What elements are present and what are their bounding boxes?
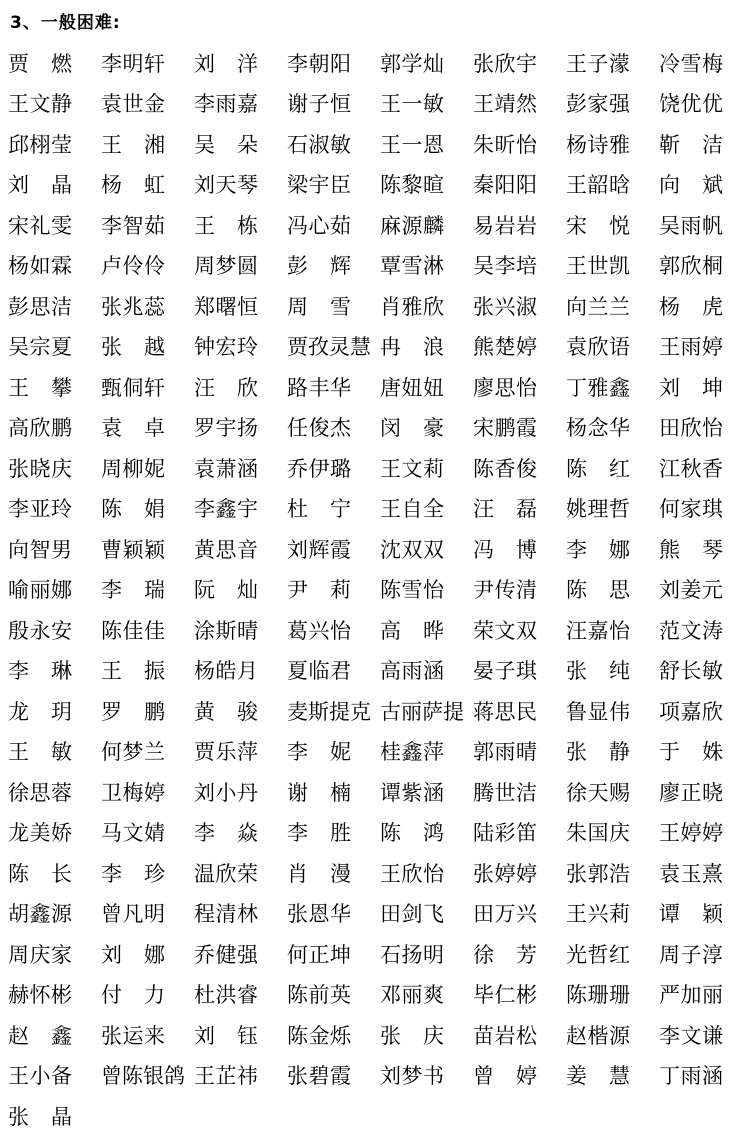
name-cell: 王兴莉 [566,895,659,936]
person-name: 徐思蓉 [8,783,72,804]
person-name: 张静 [566,742,630,763]
person-name: 曾凡明 [101,904,165,925]
person-name: 王一恩 [380,135,444,156]
person-name: 马文婧 [101,823,165,844]
name-cell: 张越 [101,328,194,369]
person-name: 易岩岩 [473,216,537,237]
person-name: 丁雅鑫 [566,378,630,399]
person-name: 周庆家 [8,945,72,966]
name-cell: 李智茹 [101,206,194,247]
name-cell: 王欣怡 [380,854,473,895]
name-cell: 田剑飞 [380,895,473,936]
person-name: 范文涛 [659,621,723,642]
person-name: 王敏 [8,742,72,763]
person-name: 赫怀彬 [8,985,72,1006]
name-cell: 尹莉 [287,571,380,612]
name-cell: 徐思蓉 [8,773,101,814]
name-cell: 冯博 [473,530,566,571]
person-name: 周雪 [287,297,351,318]
name-cell: 李亚玲 [8,490,101,531]
person-name: 郭学灿 [380,54,444,75]
person-name: 杨念华 [566,418,630,439]
name-cell: 杨皓月 [194,652,287,693]
name-cell: 古丽萨提 [380,692,473,733]
name-cell: 杨念华 [566,409,659,450]
person-name: 尹莉 [287,580,351,601]
person-name: 向斌 [659,175,723,196]
name-cell: 刘娜 [101,935,194,976]
name-cell: 田欣怡 [659,409,752,450]
name-cell: 王自全 [380,490,473,531]
name-cell: 李琳 [8,652,101,693]
name-cell: 刘天琴 [194,166,287,207]
name-cell: 何正坤 [287,935,380,976]
person-name: 张庆 [380,1026,444,1047]
name-cell: 程清林 [194,895,287,936]
name-cell: 杨诗雅 [566,125,659,166]
person-name: 乔伊璐 [287,459,351,480]
name-cell: 周梦圆 [194,247,287,288]
person-name: 谭紫涵 [380,783,444,804]
name-cell: 陈金烁 [287,1016,380,1057]
person-name: 汪嘉怡 [566,621,630,642]
name-cell: 朱昕怡 [473,125,566,166]
name-cell: 朱国庆 [566,814,659,855]
person-name: 麦斯提克 [287,702,371,723]
person-name: 杨皓月 [194,661,258,682]
name-cell: 陈思 [566,571,659,612]
name-cell: 龙美娇 [8,814,101,855]
person-name: 张郭浩 [566,864,630,885]
name-cell: 张运来 [101,1016,194,1057]
name-cell: 易岩岩 [473,206,566,247]
person-name: 曾陈银鸽 [101,1066,185,1087]
person-name: 覃雪淋 [380,256,444,277]
name-cell: 冉浪 [380,328,473,369]
name-cell: 李珍 [101,854,194,895]
name-cell: 项嘉欣 [659,692,752,733]
person-name: 丁雨涵 [659,1066,723,1087]
name-cell: 杜宁 [287,490,380,531]
name-cell: 罗鹏 [101,692,194,733]
person-name: 邓丽爽 [380,985,444,1006]
person-name: 宋礼雯 [8,216,72,237]
person-name: 姚理哲 [566,499,630,520]
person-name: 于姝 [659,742,723,763]
person-name: 王靖然 [473,94,537,115]
name-cell: 梁宇臣 [287,166,380,207]
name-cell: 甄侗轩 [101,368,194,409]
name-cell: 王栋 [194,206,287,247]
person-name: 王韶晗 [566,175,630,196]
name-cell: 赵楷源 [566,1016,659,1057]
person-name: 王一敏 [380,94,444,115]
person-name: 腾世洁 [473,783,537,804]
name-cell: 王婷婷 [659,814,752,855]
person-name: 陈长 [8,864,72,885]
person-name: 张晓庆 [8,459,72,480]
name-cell: 毕仁彬 [473,976,566,1017]
name-cell: 卫梅婷 [101,773,194,814]
name-cell: 曾陈银鸽 [101,1057,194,1098]
name-cell: 贾乐萍 [194,733,287,774]
name-cell: 向斌 [659,166,752,207]
person-name: 徐芳 [473,945,537,966]
person-name: 张纯 [566,661,630,682]
name-cell: 李明轩 [101,44,194,85]
person-name: 荣文双 [473,621,537,642]
name-cell: 王雨婷 [659,328,752,369]
person-name: 朱昕怡 [473,135,537,156]
name-cell: 刘钰 [194,1016,287,1057]
person-name: 陈前英 [287,985,351,1006]
name-cell: 袁萧涵 [194,449,287,490]
name-cell: 任俊杰 [287,409,380,450]
name-cell: 张恩华 [287,895,380,936]
person-name: 古丽萨提 [380,702,464,723]
name-cell: 袁玉熹 [659,854,752,895]
person-name: 刘天琴 [194,175,258,196]
person-name: 熊琴 [659,540,723,561]
person-name: 罗宇扬 [194,418,258,439]
name-cell: 秦阳阳 [473,166,566,207]
name-cell: 麦斯提克 [287,692,380,733]
person-name: 刘洋 [194,54,258,75]
name-cell: 刘姜元 [659,571,752,612]
person-name: 曹颖颖 [101,540,165,561]
name-cell: 乔伊璐 [287,449,380,490]
person-name: 高欣鹏 [8,418,72,439]
person-name: 汪磊 [473,499,537,520]
person-name: 杨诗雅 [566,135,630,156]
person-name: 杜洪睿 [194,985,258,1006]
name-cell: 刘洋 [194,44,287,85]
person-name: 吴李培 [473,256,537,277]
person-name: 舒长敏 [659,661,723,682]
person-name: 肖雅欣 [380,297,444,318]
name-cell: 袁世金 [101,85,194,126]
person-name: 杜宁 [287,499,351,520]
person-name: 陈鸿 [380,823,444,844]
person-name: 张欣宇 [473,54,537,75]
name-cell: 徐天赐 [566,773,659,814]
name-cell: 张庆 [380,1016,473,1057]
person-name: 宋悦 [566,216,630,237]
name-cell: 宋悦 [566,206,659,247]
person-name: 王兴莉 [566,904,630,925]
name-cell: 廖正晓 [659,773,752,814]
person-name: 彭辉 [287,256,351,277]
name-cell: 何梦兰 [101,733,194,774]
person-name: 周子淳 [659,945,723,966]
name-cell: 靳洁 [659,125,752,166]
name-cell: 冷雪梅 [659,44,752,85]
person-name: 王自全 [380,499,444,520]
name-cell: 马文婧 [101,814,194,855]
person-name: 甄侗轩 [101,378,165,399]
name-cell: 黄思音 [194,530,287,571]
name-cell: 李鑫宇 [194,490,287,531]
person-name: 闵豪 [380,418,444,439]
person-name: 麻源麟 [380,216,444,237]
name-cell: 吴朵 [194,125,287,166]
person-name: 李珍 [101,864,165,885]
person-name: 卫梅婷 [101,783,165,804]
name-cell: 江秋香 [659,449,752,490]
name-cell: 高雨涵 [380,652,473,693]
person-name: 卢伶伶 [101,256,165,277]
name-cell: 丁雨涵 [659,1057,752,1098]
name-cell: 李文谦 [659,1016,752,1057]
person-name: 王小备 [8,1066,72,1087]
person-name: 龙美娇 [8,823,72,844]
name-cell: 高欣鹏 [8,409,101,450]
person-name: 赵鑫 [8,1026,72,1047]
person-name: 袁欣语 [566,337,630,358]
name-cell: 路丰华 [287,368,380,409]
name-cell: 王芷祎 [194,1057,287,1098]
name-cell: 邓丽爽 [380,976,473,1017]
person-name: 乔健强 [194,945,258,966]
person-name: 钟宏玲 [194,337,258,358]
person-name: 黄思音 [194,540,258,561]
person-name: 陈香俊 [473,459,537,480]
name-cell: 王文静 [8,85,101,126]
name-cell: 陈前英 [287,976,380,1017]
name-cell: 肖雅欣 [380,287,473,328]
name-cell: 王世凯 [566,247,659,288]
person-name: 宋鹏霞 [473,418,537,439]
person-name: 田剑飞 [380,904,444,925]
name-cell: 李妮 [287,733,380,774]
name-cell: 周柳妮 [101,449,194,490]
person-name: 贾乐萍 [194,742,258,763]
person-name: 唐妞妞 [380,378,444,399]
person-name: 吴朵 [194,135,258,156]
name-cell: 胡鑫源 [8,895,101,936]
name-cell: 谢子恒 [287,85,380,126]
person-name: 袁世金 [101,94,165,115]
name-cell: 王敏 [8,733,101,774]
person-name: 刘坤 [659,378,723,399]
name-cell: 鲁显伟 [566,692,659,733]
name-cell: 陈佳佳 [101,611,194,652]
person-name: 罗鹏 [101,702,165,723]
name-cell: 沈双双 [380,530,473,571]
name-cell: 彭家强 [566,85,659,126]
person-name: 何梦兰 [101,742,165,763]
person-name: 袁玉熹 [659,864,723,885]
name-cell: 陈雪怡 [380,571,473,612]
person-name: 陈娟 [101,499,165,520]
name-cell: 光哲红 [566,935,659,976]
person-name: 王栋 [194,216,258,237]
person-name: 梁宇臣 [287,175,351,196]
person-name: 袁卓 [101,418,165,439]
person-name: 陈金烁 [287,1026,351,1047]
name-cell: 吴雨帆 [659,206,752,247]
person-name: 陈珊珊 [566,985,630,1006]
name-cell: 范文涛 [659,611,752,652]
name-cell: 张婷婷 [473,854,566,895]
name-cell: 张兴淑 [473,287,566,328]
person-name: 刘晶 [8,175,72,196]
person-name: 蒋思民 [473,702,537,723]
person-name: 杨虹 [101,175,165,196]
person-name: 吴雨帆 [659,216,723,237]
person-name: 李亚玲 [8,499,72,520]
person-name: 夏临君 [287,661,351,682]
person-name: 李胜 [287,823,351,844]
person-name: 杨如霖 [8,256,72,277]
name-cell: 周子淳 [659,935,752,976]
name-cell: 贾燃 [8,44,101,85]
person-name: 徐天赐 [566,783,630,804]
name-cell: 温欣荣 [194,854,287,895]
person-name: 冯心茹 [287,216,351,237]
name-cell: 彭思洁 [8,287,101,328]
name-cell: 郭欣桐 [659,247,752,288]
person-name: 沈双双 [380,540,444,561]
name-cell: 杨虎 [659,287,752,328]
name-cell: 熊楚婷 [473,328,566,369]
name-cell: 刘坤 [659,368,752,409]
name-cell: 李娜 [566,530,659,571]
name-cell: 曾凡明 [101,895,194,936]
name-cell: 陆彩笛 [473,814,566,855]
name-cell: 阮灿 [194,571,287,612]
name-cell: 向智男 [8,530,101,571]
name-cell: 吴宗夏 [8,328,101,369]
person-name: 赵楷源 [566,1026,630,1047]
person-name: 龙玥 [8,702,72,723]
person-name: 何正坤 [287,945,351,966]
name-cell: 李朝阳 [287,44,380,85]
person-name: 周柳妮 [101,459,165,480]
person-name: 任俊杰 [287,418,351,439]
name-cell: 向兰兰 [566,287,659,328]
person-name: 贾燃 [8,54,72,75]
person-name: 桂鑫萍 [380,742,444,763]
person-name: 陈佳佳 [101,621,165,642]
name-cell: 王一敏 [380,85,473,126]
name-cell: 杨虹 [101,166,194,207]
name-cell: 夏临君 [287,652,380,693]
person-name: 尹传清 [473,580,537,601]
name-cell: 张兆蕊 [101,287,194,328]
name-cell: 刘梦书 [380,1057,473,1098]
name-cell: 苗岩松 [473,1016,566,1057]
name-cell: 汪磊 [473,490,566,531]
person-name: 饶优优 [659,94,723,115]
person-name: 温欣荣 [194,864,258,885]
person-name: 王湘 [101,135,165,156]
person-name: 姜慧 [566,1066,630,1087]
person-name: 高晔 [380,621,444,642]
person-name: 冉浪 [380,337,444,358]
person-name: 田欣怡 [659,418,723,439]
person-name: 毕仁彬 [473,985,537,1006]
person-name: 付力 [101,985,165,1006]
name-cell: 严加丽 [659,976,752,1017]
person-name: 程清林 [194,904,258,925]
person-name: 王文静 [8,94,72,115]
name-cell: 曾婷 [473,1057,566,1098]
person-name: 王世凯 [566,256,630,277]
person-name: 王振 [101,661,165,682]
name-cell: 王攀 [8,368,101,409]
name-cell: 李瑞 [101,571,194,612]
person-name: 陈思 [566,580,630,601]
name-cell: 王韶晗 [566,166,659,207]
name-cell: 杜洪睿 [194,976,287,1017]
name-cell: 殷永安 [8,611,101,652]
name-cell: 丁雅鑫 [566,368,659,409]
person-name: 谢楠 [287,783,351,804]
name-cell: 葛兴怡 [287,611,380,652]
name-cell: 陈长 [8,854,101,895]
name-cell: 赵鑫 [8,1016,101,1057]
name-cell: 腾世洁 [473,773,566,814]
person-name: 鲁显伟 [566,702,630,723]
person-name: 苗岩松 [473,1026,537,1047]
person-name: 郑曙恒 [194,297,258,318]
name-cell: 袁欣语 [566,328,659,369]
person-name: 熊楚婷 [473,337,537,358]
person-name: 吴宗夏 [8,337,72,358]
person-name: 彭思洁 [8,297,72,318]
name-cell: 袁卓 [101,409,194,450]
name-cell: 郭雨晴 [473,733,566,774]
person-name: 靳洁 [659,135,723,156]
name-cell: 乔健强 [194,935,287,976]
name-cell: 石淑敏 [287,125,380,166]
person-name: 李瑞 [101,580,165,601]
person-name: 李鑫宇 [194,499,258,520]
person-name: 张越 [101,337,165,358]
person-name: 谭颖 [659,904,723,925]
person-name: 贾孜灵慧 [287,337,371,358]
person-name: 石扬明 [380,945,444,966]
name-cell: 高晔 [380,611,473,652]
person-name: 王子濛 [566,54,630,75]
name-cell: 宋礼雯 [8,206,101,247]
name-cell: 陈珊珊 [566,976,659,1017]
name-cell: 陈黎暄 [380,166,473,207]
person-name: 陆彩笛 [473,823,537,844]
person-name: 李雨嘉 [194,94,258,115]
name-cell: 闵豪 [380,409,473,450]
person-name: 李智茹 [101,216,165,237]
name-cell: 陈鸿 [380,814,473,855]
person-name: 刘姜元 [659,580,723,601]
person-name: 郭雨晴 [473,742,537,763]
person-name: 向智男 [8,540,72,561]
person-name: 朱国庆 [566,823,630,844]
person-name: 张兴淑 [473,297,537,318]
name-cell: 刘小丹 [194,773,287,814]
name-cell: 冯心茹 [287,206,380,247]
person-name: 葛兴怡 [287,621,351,642]
name-cell: 于姝 [659,733,752,774]
person-name: 李娜 [566,540,630,561]
person-name: 王婷婷 [659,823,723,844]
person-name: 邱栩莹 [8,135,72,156]
name-cell: 舒长敏 [659,652,752,693]
name-cell: 晏子琪 [473,652,566,693]
person-name: 李妮 [287,742,351,763]
name-cell: 涂斯晴 [194,611,287,652]
